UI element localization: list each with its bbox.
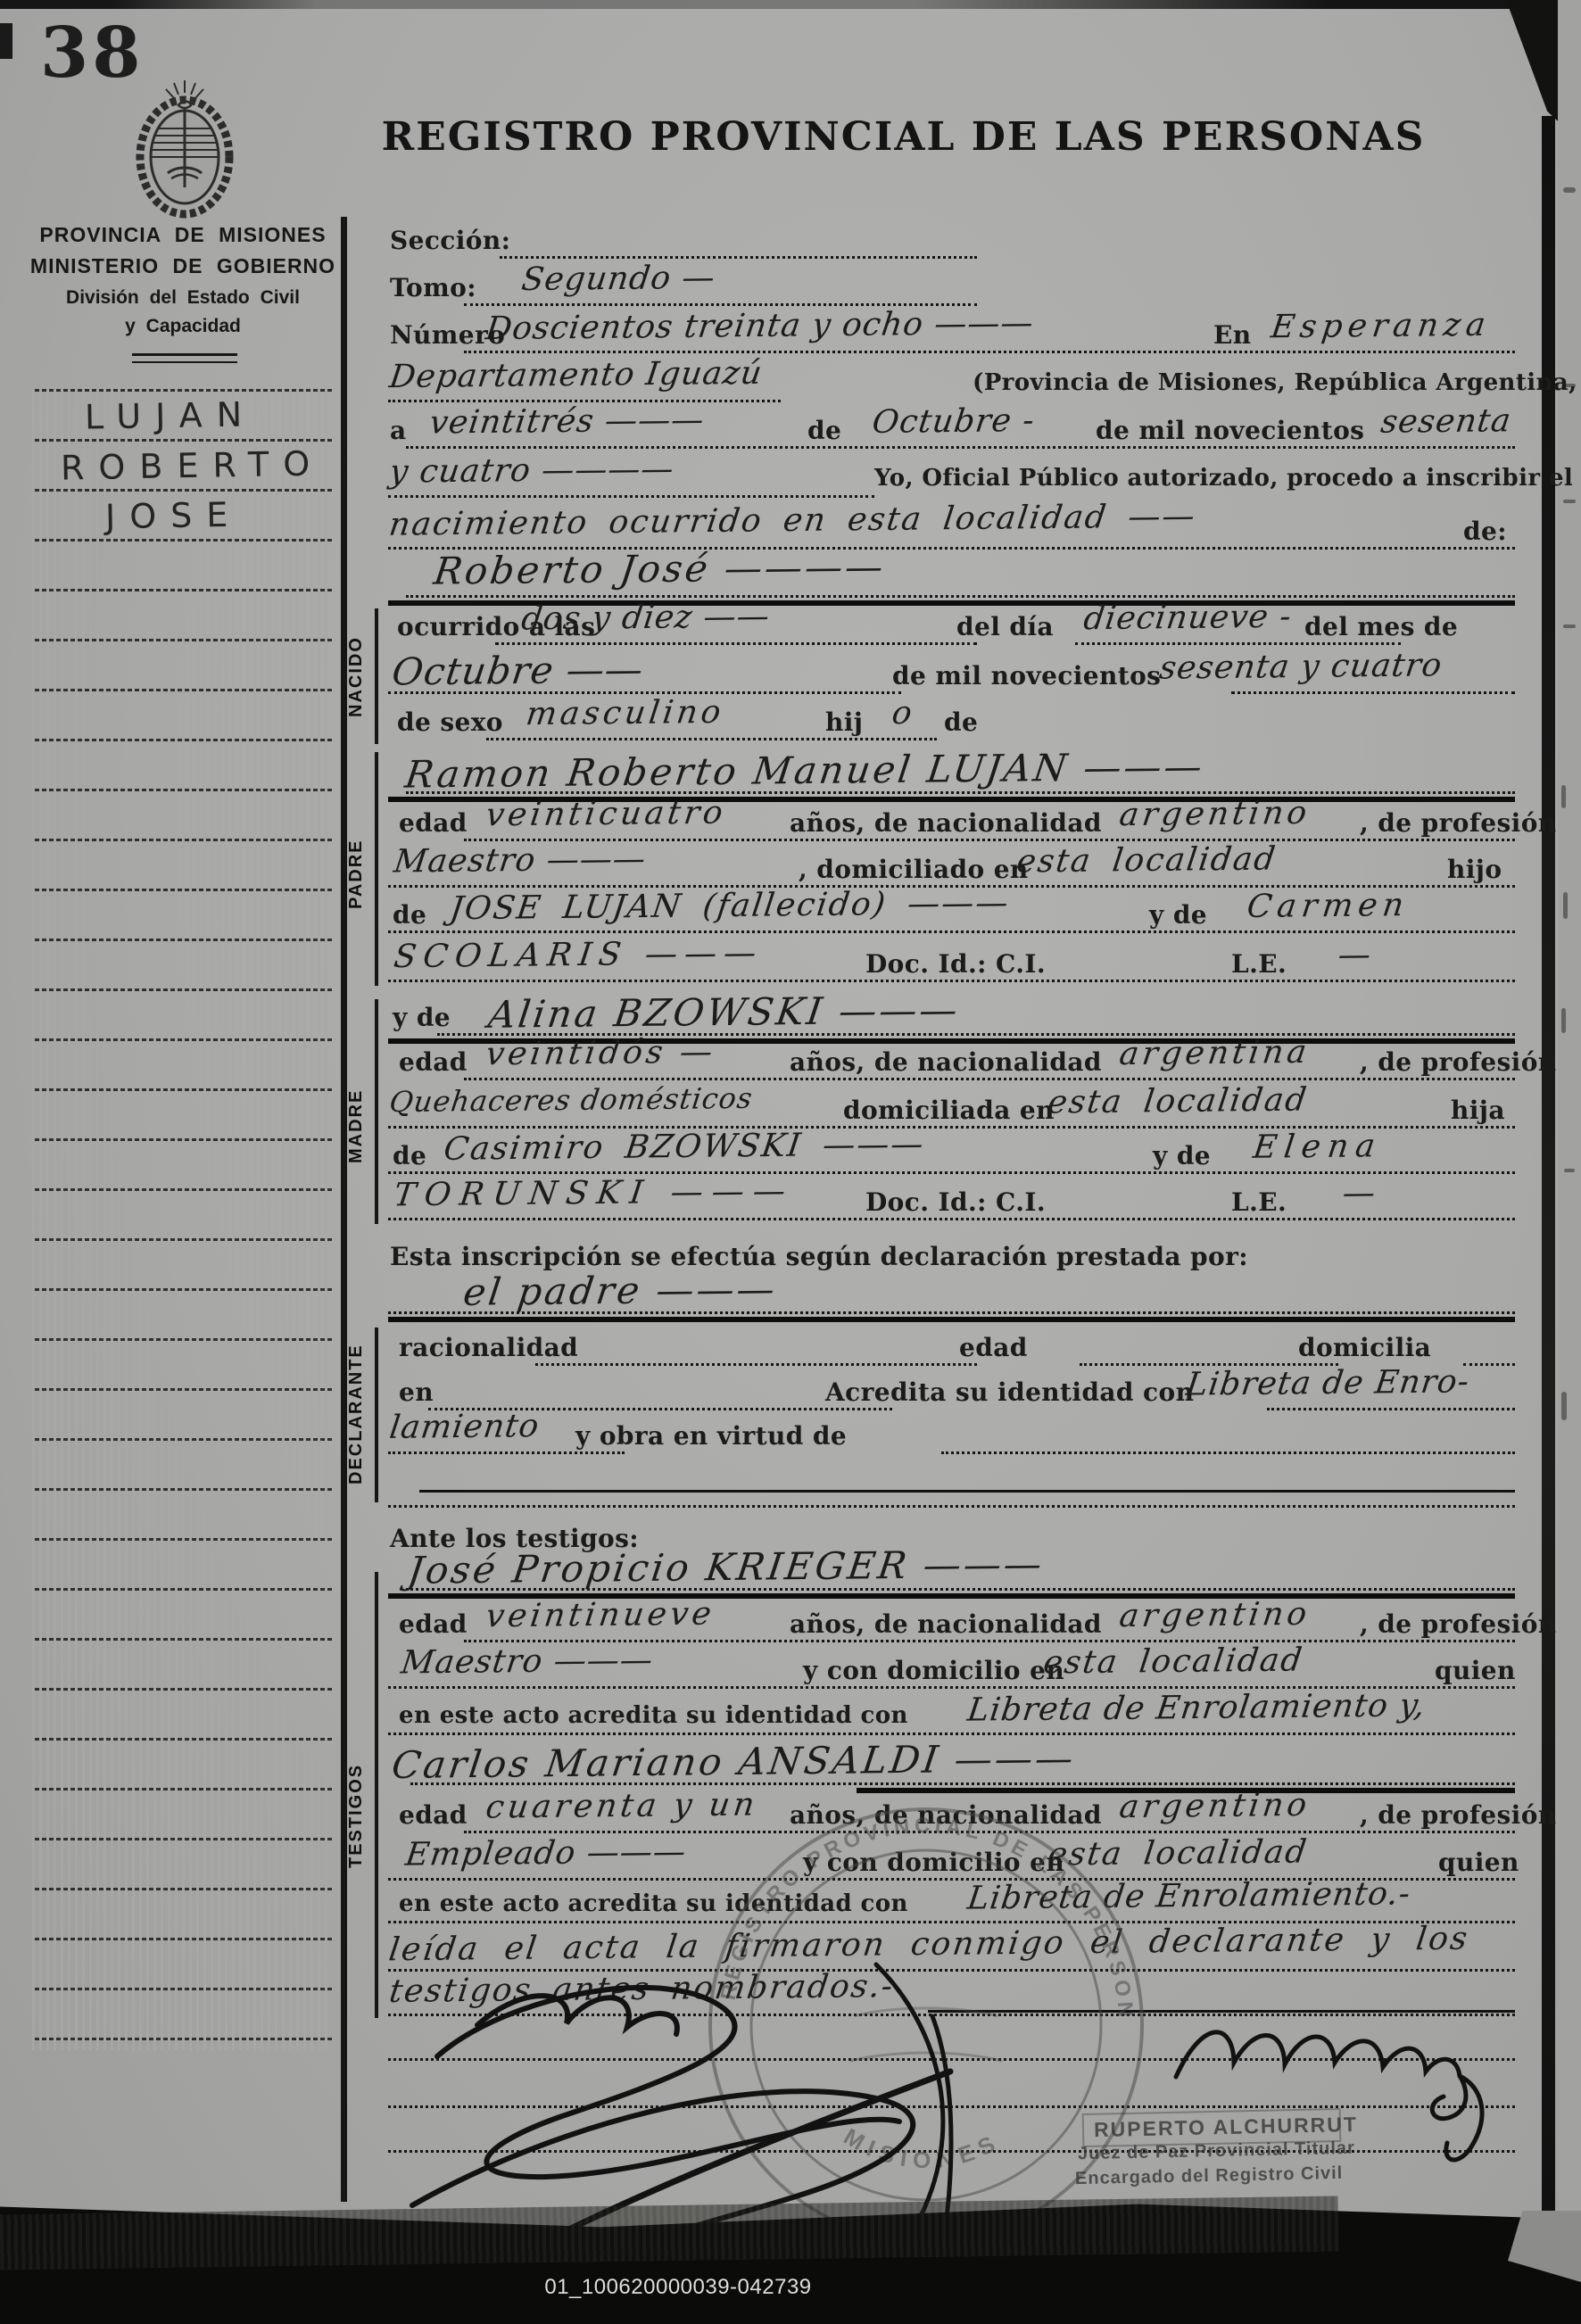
de2-label: de: <box>1463 517 1507 546</box>
madre-le-label: L.E. <box>1231 1187 1287 1217</box>
madre-edad-value: veintidós — <box>484 1034 718 1073</box>
next-page-mark <box>1561 1392 1567 1420</box>
page-title: REGISTRO PROVINCIAL DE LAS PERSONAS <box>375 114 1432 160</box>
ruled-line <box>388 1218 1515 1220</box>
madre-nombre: Alina BZOWSKI ——— <box>485 988 963 1037</box>
lugar-value: Esperanza <box>1269 307 1493 346</box>
mes-value: Octubre - <box>870 402 1037 441</box>
padre-le-label: L.E. <box>1231 949 1287 979</box>
section-rule <box>388 1317 1515 1322</box>
racionalidad-label: racionalidad <box>399 1333 578 1362</box>
ruled-line <box>388 495 874 498</box>
hij-label: hij <box>825 707 863 737</box>
argentina-coat-of-arms-icon <box>134 79 236 221</box>
section-label-padre: PADRE <box>346 803 367 946</box>
next-page-mark <box>1561 785 1566 808</box>
next-page-mark <box>1563 187 1576 193</box>
section-label-testigos: TESTIGOS <box>346 1720 367 1911</box>
padre-edad-label: edad <box>399 808 468 838</box>
padre-bracket <box>375 752 378 986</box>
novecientos-nacido-label: de mil novecientos <box>892 661 1161 691</box>
testigo2-profesion-value: Empleado ——— <box>403 1833 689 1873</box>
madre-nacionalidad-label: años, de nacionalidad <box>790 1047 1102 1077</box>
testigo1-quien-label: quien <box>1435 1656 1516 1685</box>
madre-y-de-label: y de <box>393 1003 451 1032</box>
sexo-label: de sexo <box>397 707 503 737</box>
sexo-value: masculino <box>524 694 726 732</box>
declaracion-intro: Esta inscripción se efectúa según declar… <box>390 1242 1248 1271</box>
oficial-label: Yo, Oficial Público autorizado, procedo … <box>874 465 1573 492</box>
padre-domicilio-label: , domiciliado en <box>799 855 1029 884</box>
abuela-materna-apellido: TORUNSKI ——— <box>392 1173 797 1214</box>
mes-nacimiento-value: Octubre —— <box>390 648 647 694</box>
testigo1-edad-label: edad <box>399 1609 468 1639</box>
margin-name-surname: LUJAN <box>85 394 257 436</box>
tomo-label: Tomo: <box>390 273 476 302</box>
margin-name-first: ROBERTO <box>61 443 325 487</box>
nacido-bracket <box>375 608 378 744</box>
padre-doc-label: Doc. Id.: C.I. <box>865 949 1046 979</box>
padre-le-value: — <box>1336 937 1373 973</box>
padre-profesion-value: Maestro ——— <box>392 841 649 881</box>
margin-name-middle: JOSE <box>105 495 243 537</box>
madre-doc-label: Doc. Id.: C.I. <box>865 1187 1046 1217</box>
ruled-line <box>500 256 977 259</box>
gutter-strip <box>1558 0 1581 2324</box>
declarante-bracket <box>375 1327 378 1502</box>
anio-nacimiento-value: sesenta y cuatro <box>1157 647 1444 686</box>
madre-profesion-value: Quehaceres domésticos <box>387 1081 755 1119</box>
testigo2-quien-label: quien <box>1438 1848 1519 1877</box>
left-edge-mark <box>0 23 12 59</box>
numero-value: Doscientos treinta y ocho ——— <box>484 305 1036 347</box>
ruled-line <box>941 1451 1515 1454</box>
de-hijo-label: de <box>944 707 978 737</box>
del-mes-label: del mes de <box>1304 612 1458 641</box>
declarante-por-value: el padre ——— <box>461 1267 781 1314</box>
testigo1-edad-value: veintinueve <box>484 1596 716 1635</box>
ruled-line <box>388 1505 1515 1508</box>
dia-value: veintitrés ——— <box>427 401 707 441</box>
acredita-value: Libreta de Enro- <box>1184 1363 1471 1402</box>
abuela-paterna-nombre: Carmen <box>1245 887 1411 925</box>
next-page-mark <box>1561 1008 1566 1033</box>
de-label: de <box>807 416 841 445</box>
ruled-line <box>535 1363 977 1366</box>
a-label: a <box>390 416 407 445</box>
hijo-label: hijo <box>1447 855 1502 884</box>
madre-domicilio-label: domiciliada en <box>843 1096 1055 1125</box>
madre-bracket <box>375 999 378 1224</box>
ruled-line <box>388 1733 1515 1735</box>
ruled-line <box>1231 691 1515 694</box>
ruled-line <box>464 1078 1515 1080</box>
acredita-value-2: lamiento <box>387 1408 542 1446</box>
next-page-mark <box>1563 500 1576 503</box>
top-edge-shadow <box>0 0 1581 9</box>
hora-value: dos y diez —— <box>519 599 772 638</box>
next-page-mark <box>1564 1169 1575 1172</box>
nombre-inscripto: Roberto José ———— <box>431 544 888 592</box>
margin-ruled-lines <box>32 389 332 2050</box>
declarante-edad-label: edad <box>959 1333 1028 1362</box>
testigo1-acredita-value: Libreta de Enrolamiento y, <box>965 1687 1428 1728</box>
birth-record-scan: 38 PROVINCIA DE MISIONES MINISTERIO DE G… <box>0 0 1581 2324</box>
testigo1-profesion-label: , de profesión <box>1360 1609 1557 1639</box>
hija-label: hija <box>1451 1096 1505 1125</box>
testigo1-nacionalidad-value: argentino <box>1117 1596 1312 1634</box>
testigo1-domicilio-value: esta localidad <box>1041 1642 1305 1681</box>
ruled-line <box>388 1171 1515 1174</box>
anio-value: sesenta <box>1378 402 1513 441</box>
blank-line <box>419 1490 1515 1493</box>
padre-nacionalidad-label: años, de nacionalidad <box>790 808 1102 838</box>
page-edge-line <box>1542 116 1555 2221</box>
letterhead-line4: y Capacidad <box>18 316 348 337</box>
ruled-line <box>1075 642 1401 645</box>
abuelo-materno-value: Casimiro BZOWSKI ——— <box>442 1126 927 1168</box>
padre-y-de-label: y de <box>1149 900 1207 930</box>
acto-value: nacimiento ocurrido en esta localidad —— <box>387 498 1199 542</box>
ruled-line <box>1267 1408 1515 1410</box>
letterhead-line1: PROVINCIA DE MISIONES <box>18 223 348 247</box>
section-label-nacido: NACIDO <box>346 614 367 740</box>
anio-value-2: y cuatro ———— <box>387 451 676 490</box>
madre-domicilio-value: esta localidad <box>1046 1081 1310 1121</box>
section-label-declarante: DECLARANTE <box>346 1319 367 1509</box>
padre-profesion-label: , de profesión <box>1360 808 1557 838</box>
padre-nombre: Ramon Roberto Manuel LUJAN ——— <box>402 744 1207 796</box>
padre-nacionalidad-value: argentino <box>1117 795 1312 833</box>
section-label-madre: MADRE <box>346 1054 367 1197</box>
madre-de-label: de <box>393 1141 426 1170</box>
testigo2-nombre: Carlos Mariano ANSALDI ——— <box>389 1736 1078 1787</box>
testigo1-acredita-label: en este acto acredita su identidad con <box>399 1702 908 1729</box>
ruled-line <box>464 351 1515 353</box>
declarante-en-label: en <box>399 1377 434 1407</box>
novecientos-label: de mil novecientos <box>1096 416 1364 445</box>
hij-value: o <box>890 695 915 732</box>
ruled-line <box>486 738 937 740</box>
ruled-line <box>388 930 1515 933</box>
madre-profesion-label: , de profesión <box>1360 1047 1557 1077</box>
testigo2-edad-label: edad <box>399 1800 468 1830</box>
en-label: En <box>1213 320 1252 350</box>
ruled-line <box>406 446 1515 449</box>
testigo1-profesion-value: Maestro ——— <box>399 1642 656 1682</box>
madre-edad-label: edad <box>399 1047 468 1077</box>
abuelo-paterno-value: JOSE LUJAN (fallecido) ——— <box>448 885 1012 928</box>
ruled-line <box>406 595 1515 598</box>
acredita-label: Acredita su identidad con <box>825 1377 1194 1407</box>
letterhead-line2: MINISTERIO DE GOBIERNO <box>18 254 348 278</box>
obra-label: y obra en virtud de <box>575 1421 847 1451</box>
madre-le-value: — <box>1340 1175 1378 1212</box>
next-page-mark <box>1563 624 1576 628</box>
testigo2-profesion-label: , de profesión <box>1360 1800 1557 1830</box>
provincia-label: (Provincia de Misiones, República Argent… <box>973 369 1577 396</box>
padre-de-label: de <box>393 900 426 930</box>
tomo-value: Segundo — <box>519 260 717 298</box>
padre-domicilio-value: esta localidad <box>1014 840 1279 880</box>
abuela-materna-nombre: Elena <box>1251 1128 1384 1166</box>
ruled-line <box>495 642 977 645</box>
domicilia-label: domicilia <box>1298 1333 1431 1362</box>
seccion-label: Sección: <box>390 226 510 255</box>
letterhead-underline <box>132 353 237 363</box>
testigo1-nacionalidad-label: años, de nacionalidad <box>790 1609 1102 1639</box>
ruled-line <box>388 1451 625 1454</box>
abuela-paterna-apellido: SCOLARIS ——— <box>392 935 766 975</box>
letterhead-line3: División del Estado Civil <box>18 287 348 309</box>
padre-edad-value: veinticuatro <box>484 795 728 834</box>
ruled-line <box>388 400 781 402</box>
page-number: 38 <box>40 12 145 94</box>
del-dia-label: del día <box>956 612 1054 641</box>
ruled-line <box>388 980 1515 982</box>
next-page-mark <box>1563 892 1568 919</box>
departamento-value: Departamento Iguazú <box>387 355 765 395</box>
madre-nacionalidad-value: argentina <box>1117 1034 1312 1072</box>
madre-y-de2-label: y de <box>1153 1141 1211 1170</box>
testigo1-nombre: José Propicio KRIEGER ——— <box>405 1542 1047 1592</box>
testigo1-domicilio-label: y con domicilio en <box>803 1656 1064 1685</box>
scan-code: 01_100620000039-042739 <box>535 2275 821 2300</box>
dia-nacimiento-value: diecinueve - <box>1081 599 1294 637</box>
